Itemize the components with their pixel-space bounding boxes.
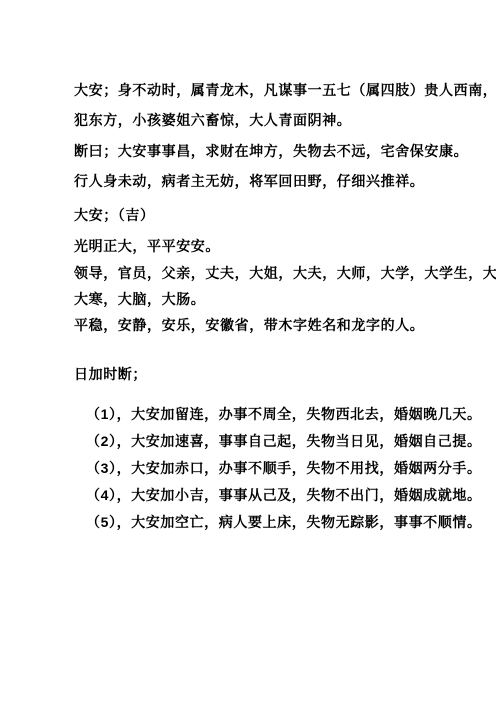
intro-line-1: 大安；身不动时，属青龙木，凡谋事一五七（属四肢）贵人西南，冲 xyxy=(74,80,496,100)
list-item-5: （5），大安加空亡，病人要上床，失物无踪影，事事不顺情。 xyxy=(86,512,482,532)
duan-line-2: 行人身未动，病者主无妨，将军回田野，仔细兴推祥。 xyxy=(74,171,424,191)
list-section-title: 日加时断； xyxy=(74,364,147,384)
list-item-1: （1），大安加留连，办事不周全，失物西北去，婚姻晚几天。 xyxy=(86,404,482,424)
traits-line: 平稳，安静，安乐，安徽省，带木字姓名和龙字的人。 xyxy=(74,315,424,335)
intro-line-2: 犯东方，小孩婆姐六畜惊，大人青面阴神。 xyxy=(74,110,351,130)
associations-line-2: 大寒，大脑，大肠。 xyxy=(74,289,205,309)
list-item-3: （3），大安加赤口，办事不顺手，失物不用找，婚姻两分手。 xyxy=(86,458,482,478)
list-item-2: （2），大安加速喜，事事自己起，失物当日见，婚姻自己提。 xyxy=(86,431,482,451)
associations-line-1: 领导，官员，父亲，丈夫，大姐，大夫，大师，大学，大学生，大暑， xyxy=(74,263,496,283)
list-item-4: （4），大安加小吉，事事从己及，失物不出门，婚姻成就地。 xyxy=(86,485,482,505)
section-heading: 大安；（吉） xyxy=(74,205,155,225)
duan-line-1: 断曰；大安事事昌，求财在坤方，失物去不远，宅舍保安康。 xyxy=(74,141,468,161)
summary-line: 光明正大，平平安安。 xyxy=(74,236,220,256)
document-page: 大安；身不动时，属青龙木，凡谋事一五七（属四肢）贵人西南，冲 犯东方，小孩婆姐六… xyxy=(0,0,496,702)
